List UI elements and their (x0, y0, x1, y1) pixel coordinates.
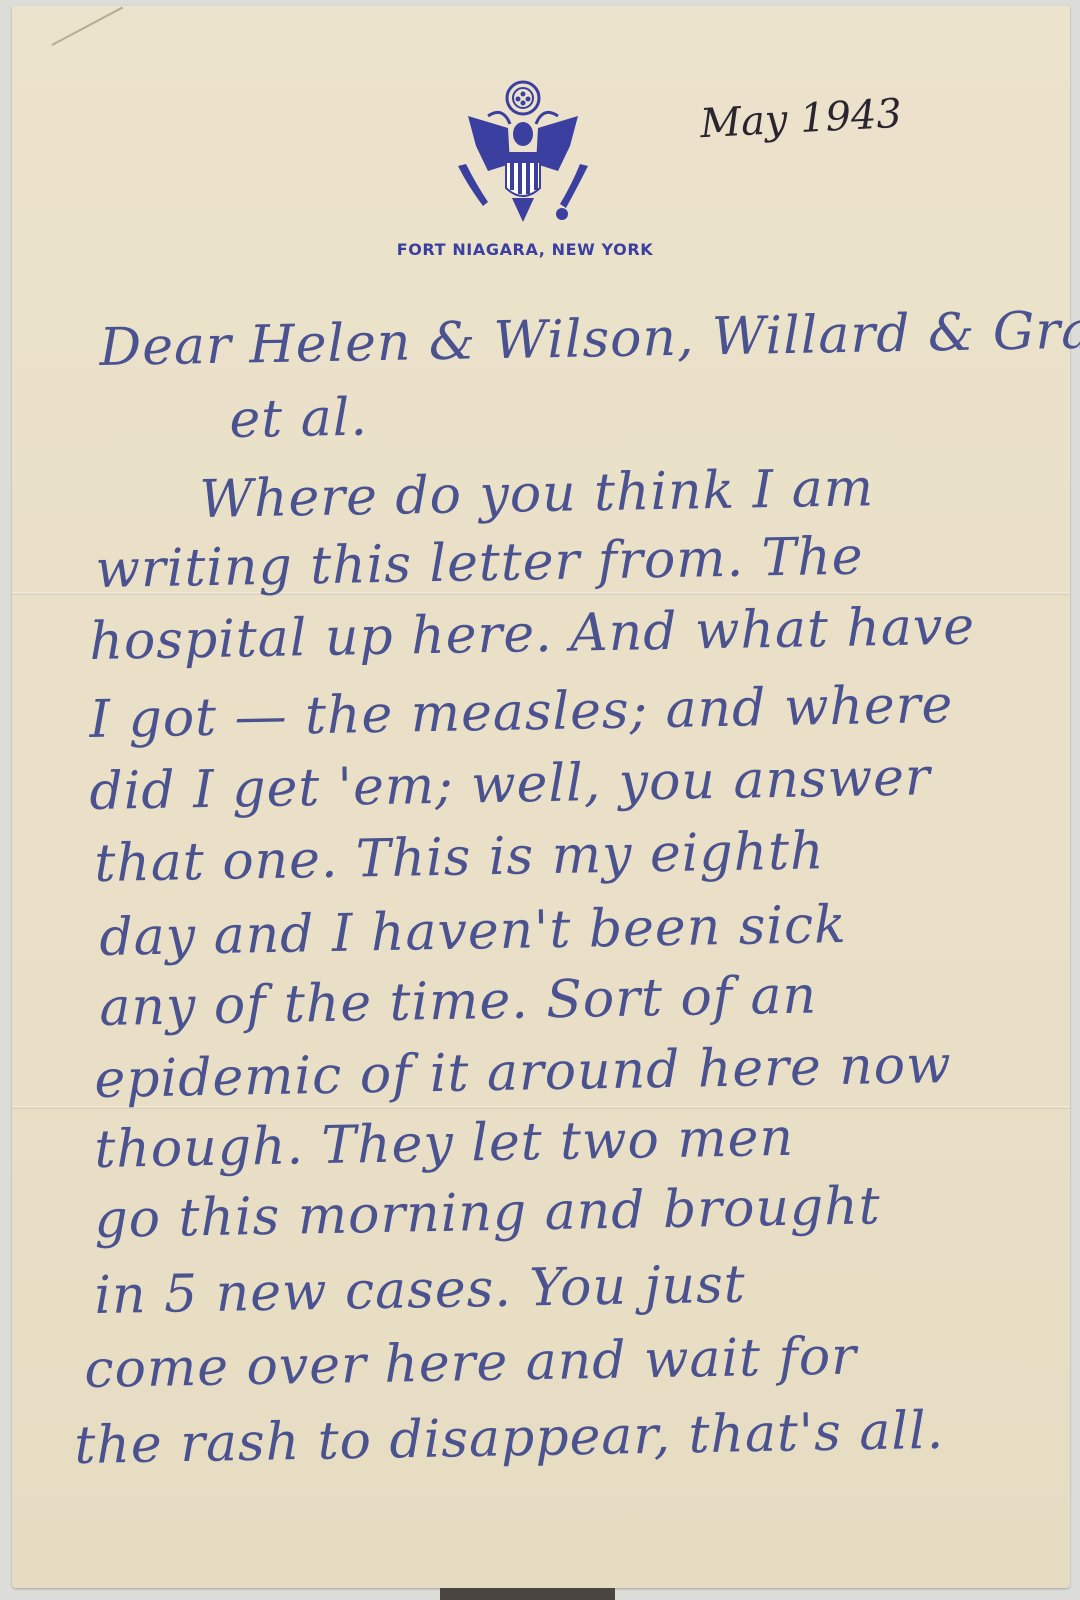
body-line: though. They let two men (94, 1108, 794, 1180)
body-line: any of the time. Sort of an (99, 965, 818, 1038)
letterhead-location: FORT NIAGARA, NEW YORK (330, 240, 720, 259)
scanner-backing-tab (440, 1588, 615, 1600)
salutation-line: et al. (229, 388, 368, 450)
paper-clip-mark (52, 7, 124, 46)
body-line: Where do you think I am (199, 458, 875, 530)
body-line: in 5 new cases. You just (94, 1255, 746, 1326)
great-seal-eagle-icon (448, 76, 598, 228)
body-line: that one. This is my eighth (94, 821, 825, 894)
